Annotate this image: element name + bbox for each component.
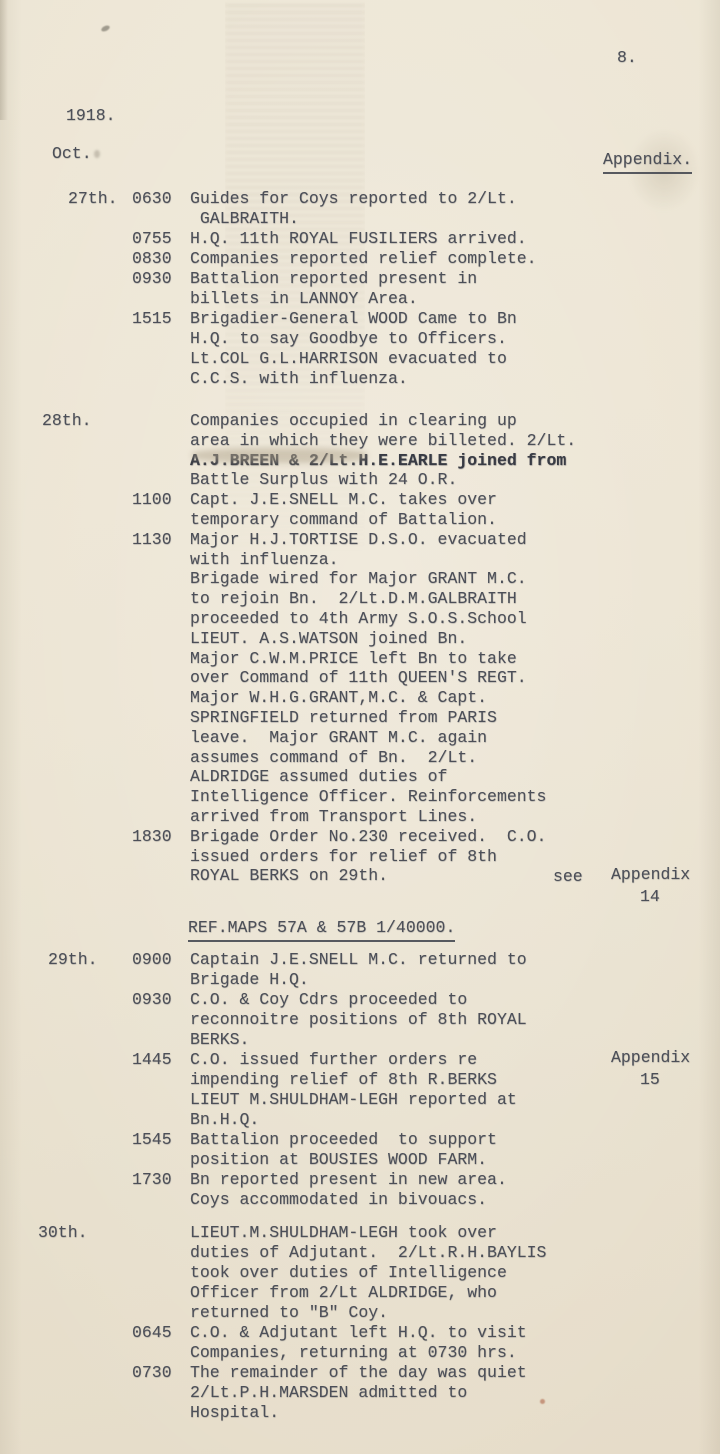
time-label: 0930 <box>132 269 190 309</box>
note-see-label: see <box>553 867 583 886</box>
diary-line: took over duties of Intelligence <box>190 1263 720 1283</box>
day-label: 28th. <box>0 411 132 886</box>
diary-line: LIEUT.M.SHULDHAM-LEGH took over <box>190 1223 720 1243</box>
diary-line: Coys accommodated in bivouacs. <box>190 1190 720 1210</box>
item-lines: Capt. J.E.SNELL M.C. takes overtemporary… <box>190 490 720 530</box>
diary-line: Major W.H.G.GRANT,M.C. & Capt. <box>190 688 720 708</box>
diary-line: H.Q. 11th ROYAL FUSILIERS arrived. <box>190 229 720 249</box>
diary-line: A.J.BREEN & 2/Lt.H.E.EARLE joined from <box>190 451 720 471</box>
diary-entries: 27th.0630Guides for Coys reported to 2/L… <box>0 189 720 1423</box>
time-label: 1830 <box>132 827 190 886</box>
diary-line: Capt. J.E.SNELL M.C. takes over <box>190 490 720 510</box>
diary-line: Officer from 2/Lt ALDRIDGE, who <box>190 1283 720 1303</box>
diary-item: 0930Battalion reported present inbillets… <box>132 269 720 309</box>
time-label <box>132 411 190 490</box>
page-number: 8. <box>617 48 637 67</box>
item-lines: C.O. & Coy Cdrs proceeded toreconnoitre … <box>190 990 720 1050</box>
diary-item: 0730The remainder of the day was quiet2/… <box>132 1363 720 1423</box>
diary-line: The remainder of the day was quiet <box>190 1363 720 1383</box>
ink-speck <box>100 24 110 32</box>
item-lines: Battalion proceeded to supportposition a… <box>190 1130 720 1170</box>
year-label: 1918. <box>66 106 116 125</box>
time-label: 0630 <box>132 189 190 229</box>
diary-line: Brigade wired for Major GRANT M.C. <box>190 569 720 589</box>
time-label: 1545 <box>132 1130 190 1170</box>
time-label: 0755 <box>132 229 190 249</box>
item-lines: C.O. & Adjutant left H.Q. to visitCompan… <box>190 1323 720 1363</box>
diary-line: Companies reported relief complete. <box>190 249 720 269</box>
diary-line: Bn reported present in new area. <box>190 1170 720 1190</box>
time-label: 0900 <box>132 950 190 990</box>
diary-item: 1830Brigade Order No.230 received. C.O.i… <box>132 827 720 886</box>
item-lines: Captain J.E.SNELL M.C. returned toBrigad… <box>190 950 720 990</box>
diary-line: over Command of 11th QUEEN'S REGT. <box>190 668 720 688</box>
left-edge-shadow <box>0 0 8 120</box>
diary-line: Brigade H.Q. <box>190 970 720 990</box>
diary-item: 0830Companies reported relief complete. <box>132 249 720 269</box>
time-label: 0930 <box>132 990 190 1050</box>
day-label: 30th. <box>0 1223 132 1423</box>
diary-line: proceeded to 4th Army S.O.S.School <box>190 609 720 629</box>
diary-line: LIEUT. A.S.WATSON joined Bn. <box>190 629 720 649</box>
item-lines: The remainder of the day was quiet2/Lt.P… <box>190 1363 720 1423</box>
diary-line: C.C.S. with influenza. <box>190 369 720 389</box>
diary-line: leave. Major GRANT M.C. again <box>190 728 720 748</box>
diary-line: assumes command of Bn. 2/Lt. <box>190 748 720 768</box>
item-lines: Companies reported relief complete. <box>190 249 720 269</box>
diary-line: Hospital. <box>190 1403 720 1423</box>
diary-line: duties of Adjutant. 2/Lt.R.H.BAYLIS <box>190 1243 720 1263</box>
time-label <box>132 1223 190 1323</box>
diary-item: 0930C.O. & Coy Cdrs proceeded toreconnoi… <box>132 990 720 1050</box>
diary-line: H.Q. to say Goodbye to Officers. <box>190 329 720 349</box>
time-label: 1515 <box>132 309 190 389</box>
diary-item: 0900Captain J.E.SNELL M.C. returned toBr… <box>132 950 720 990</box>
entry-items: 0630Guides for Coys reported to 2/Lt. GA… <box>132 189 720 389</box>
diary-item: 1445C.O. issued further orders reimpendi… <box>132 1050 720 1130</box>
diary-line: Captain J.E.SNELL M.C. returned to <box>190 950 720 970</box>
diary-line: Battalion reported present in <box>190 269 720 289</box>
item-lines: Major H.J.TORTISE D.S.O. evacuatedwith i… <box>190 530 720 827</box>
diary-line: Battalion proceeded to support <box>190 1130 720 1150</box>
day-label: 29th. <box>0 950 132 1210</box>
diary-line: ALDRIDGE assumed duties of <box>190 767 720 787</box>
diary-item: 1100Capt. J.E.SNELL M.C. takes overtempo… <box>132 490 720 530</box>
diary-line: area in which they were billeted. 2/Lt. <box>190 431 720 451</box>
diary-item: 0630Guides for Coys reported to 2/Lt. GA… <box>132 189 720 229</box>
diary-line: C.O. & Coy Cdrs proceeded to <box>190 990 720 1010</box>
diary-line: Bn.H.Q. <box>190 1110 720 1130</box>
diary-entry-29th: 29th.0900Captain J.E.SNELL M.C. returned… <box>0 950 720 1210</box>
entry-items: Companies occupied in clearing uparea in… <box>132 411 720 886</box>
diary-line: BERKS. <box>190 1030 720 1050</box>
time-label: 0830 <box>132 249 190 269</box>
diary-line: with influenza. <box>190 550 720 570</box>
item-lines: Guides for Coys reported to 2/Lt. GALBRA… <box>190 189 720 229</box>
diary-line: Companies occupied in clearing up <box>190 411 720 431</box>
diary-item: LIEUT.M.SHULDHAM-LEGH took overduties of… <box>132 1223 720 1323</box>
time-label: 1130 <box>132 530 190 827</box>
diary-line: Lt.COL G.L.HARRISON evacuated to <box>190 349 720 369</box>
day-label: 27th. <box>0 189 132 389</box>
item-lines: LIEUT.M.SHULDHAM-LEGH took overduties of… <box>190 1223 720 1323</box>
diary-item: Companies occupied in clearing uparea in… <box>132 411 720 490</box>
note-appendix-label: Appendix <box>611 865 690 884</box>
diary-line: C.O. & Adjutant left H.Q. to visit <box>190 1323 720 1343</box>
entry-items: LIEUT.M.SHULDHAM-LEGH took overduties of… <box>132 1223 720 1423</box>
diary-item: 1130Major H.J.TORTISE D.S.O. evacuatedwi… <box>132 530 720 827</box>
diary-line: Intelligence Officer. Reinforcements <box>190 787 720 807</box>
diary-line: issued orders for relief of 8th <box>190 847 720 867</box>
item-lines: Companies occupied in clearing uparea in… <box>190 411 720 490</box>
diary-line: SPRINGFIELD returned from PARIS <box>190 708 720 728</box>
diary-entry-30th: 30th.LIEUT.M.SHULDHAM-LEGH took overduti… <box>0 1223 720 1423</box>
month-label: Oct. <box>52 144 100 163</box>
war-diary-page: 8. 1918. Oct. Appendix. 27th.0630Guides … <box>0 0 720 1454</box>
diary-line: to rejoin Bn. 2/Lt.D.M.GALBRAITH <box>190 589 720 609</box>
diary-line: billets in LANNOY Area. <box>190 289 720 309</box>
diary-item: 1730Bn reported present in new area.Coys… <box>132 1170 720 1210</box>
diary-item: 0755H.Q. 11th ROYAL FUSILIERS arrived. <box>132 229 720 249</box>
note-appendix-number: 15 <box>640 1070 660 1089</box>
diary-line: arrived from Transport Lines. <box>190 807 720 827</box>
diary-line: Major C.W.M.PRICE left Bn to take <box>190 649 720 669</box>
diary-line: temporary command of Battalion. <box>190 510 720 530</box>
diary-line: GALBRAITH. <box>190 209 720 229</box>
diary-item: 1515Brigadier-General WOOD Came to BnH.Q… <box>132 309 720 389</box>
entry-items: 0900Captain J.E.SNELL M.C. returned toBr… <box>132 950 720 1210</box>
diary-item: 0645C.O. & Adjutant left H.Q. to visitCo… <box>132 1323 720 1363</box>
diary-line: Major H.J.TORTISE D.S.O. evacuated <box>190 530 720 550</box>
diary-line: returned to "B" Coy. <box>190 1303 720 1323</box>
time-label: 1445 <box>132 1050 190 1130</box>
diary-line: Brigade Order No.230 received. C.O. <box>190 827 720 847</box>
diary-entry-27th: 27th.0630Guides for Coys reported to 2/L… <box>0 189 720 389</box>
diary-line: reconnoitre positions of 8th ROYAL <box>190 1010 720 1030</box>
diary-item: 1545Battalion proceeded to supportpositi… <box>132 1130 720 1170</box>
diary-line: position at BOUSIES WOOD FARM. <box>190 1150 720 1170</box>
note-appendix-label: Appendix <box>611 1048 690 1067</box>
diary-line: Brigadier-General WOOD Came to Bn <box>190 309 720 329</box>
item-lines: H.Q. 11th ROYAL FUSILIERS arrived. <box>190 229 720 249</box>
note-appendix-number: 14 <box>640 887 660 906</box>
time-label: 0730 <box>132 1363 190 1423</box>
map-reference-text: REF.MAPS 57A & 57B 1/40000. <box>188 918 455 942</box>
diary-entry-28th: 28th.Companies occupied in clearing upar… <box>0 411 720 886</box>
diary-line: Battle Surplus with 24 O.R. <box>190 470 720 490</box>
appendix-column-header: Appendix. <box>603 150 692 174</box>
item-lines: Bn reported present in new area.Coys acc… <box>190 1170 720 1210</box>
time-label: 1730 <box>132 1170 190 1210</box>
diary-line: Guides for Coys reported to 2/Lt. <box>190 189 720 209</box>
item-lines: Battalion reported present inbillets in … <box>190 269 720 309</box>
time-label: 1100 <box>132 490 190 530</box>
time-label: 0645 <box>132 1323 190 1363</box>
diary-line: LIEUT M.SHULDHAM-LEGH reported at <box>190 1090 720 1110</box>
diary-line: 2/Lt.P.H.MARSDEN admitted to <box>190 1383 720 1403</box>
diary-line: Companies, returning at 0730 hrs. <box>190 1343 720 1363</box>
map-reference-heading: REF.MAPS 57A & 57B 1/40000. <box>188 918 720 942</box>
item-lines: Brigadier-General WOOD Came to BnH.Q. to… <box>190 309 720 389</box>
